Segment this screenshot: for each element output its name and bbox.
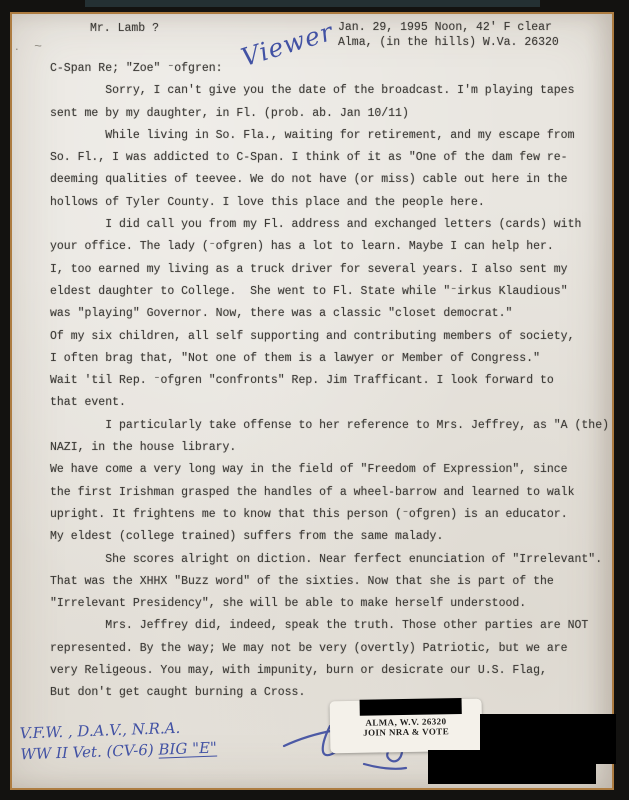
dateline-line-2: Alma, (in the hills) W.Va. 26320 [338,36,559,49]
scanned-letter-screenshot: { "document": { "header": { "addressee":… [0,0,629,800]
redaction-block-lower [428,750,596,784]
letter-body-text: C-Span Re; "Zoe" ⁻ofgren: Sorry, I can't… [50,58,609,705]
dateline: Jan. 29, 1995 Noon, 42' F clearAlma, (in… [338,20,559,50]
memberships-line-2-prefix: WW II Vet. (CV-6) [20,741,159,764]
addressee-line: Mr. Lamb ? [90,22,159,35]
memberships-line-1: V.F.W. , D.A.V., N.R.A. [19,719,180,743]
memberships-big-e: BIG "E" [158,739,217,759]
address-sticker: ALMA, W.V. 26320 JOIN NRA & VOTE [330,699,483,754]
sticker-redaction-bar [360,698,462,716]
letter-page: Mr. Lamb ? Jan. 29, 1995 Noon, 42' F cle… [10,12,614,790]
sticker-slogan-line: JOIN NRA & VOTE [330,726,482,739]
scan-edge-artifact [85,0,540,7]
dateline-line-1: Jan. 29, 1995 Noon, 42' F clear [338,21,552,34]
pencil-stray-marks: . ~ [15,38,48,53]
handwritten-memberships: V.F.W. , D.A.V., N.R.A.WW II Vet. (CV-6)… [19,717,217,766]
